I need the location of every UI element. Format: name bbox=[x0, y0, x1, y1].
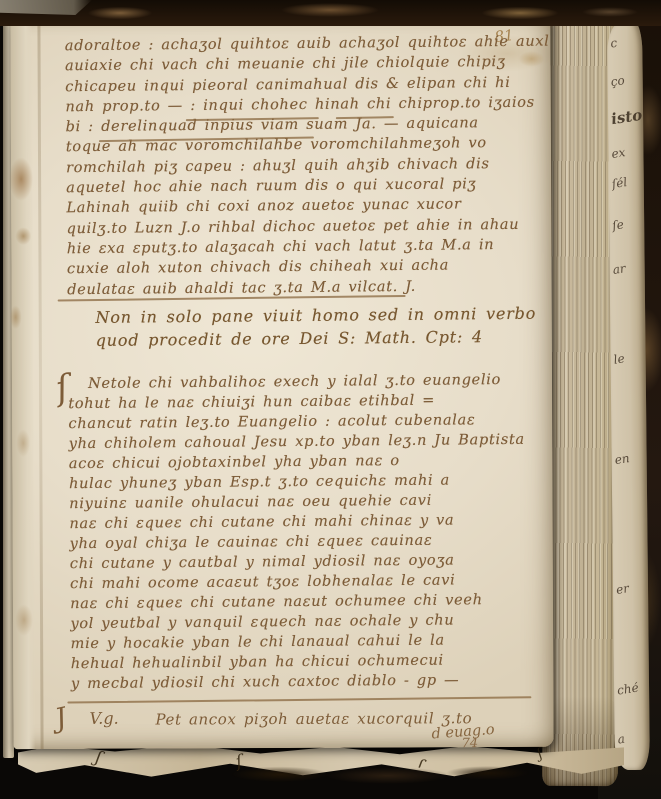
edge-text-fragment: ar bbox=[612, 261, 627, 277]
edge-text-fragment: en bbox=[614, 451, 631, 467]
paragraph-1: adoraltoe : achaʒol quihtoɛ auib achaʒol… bbox=[65, 32, 546, 300]
folio-number-bottom: 74 bbox=[462, 736, 479, 751]
edge-text-fragment: c bbox=[609, 36, 618, 51]
ink-rule-separator bbox=[67, 696, 531, 703]
footer-flourish: J bbox=[52, 702, 69, 735]
edge-text-fragment: ſe bbox=[611, 217, 625, 233]
quote-line: quod procedit de ore Dei S: Math. Cpt: 4 bbox=[96, 324, 546, 351]
manuscript-page: 81 adoraltoe : achaʒol quihtoɛ auib acha… bbox=[10, 17, 553, 749]
edge-text-fragment: er bbox=[615, 581, 630, 597]
page-crease bbox=[37, 19, 43, 749]
tattered-page-bottoms: ʃ ſ ɾ ʃ bbox=[18, 744, 624, 788]
edge-text-fragment: isto bbox=[610, 106, 643, 128]
edge-text-fragment: ço bbox=[610, 73, 626, 89]
edge-text-fragment: ex bbox=[610, 145, 626, 161]
handwritten-text-block: adoraltoe : achaʒol quihtoɛ auib achaʒol… bbox=[65, 32, 549, 694]
footer-vg-abbreviation: V.g. bbox=[89, 709, 118, 728]
latin-quote: Non in solo pane viuit homo sed in omni … bbox=[95, 301, 545, 351]
footer-line: Pet ancox piʒoh auetaɛ xucorquil ʒ.to bbox=[155, 709, 472, 728]
paper-stain bbox=[15, 604, 33, 636]
edge-text-fragment: ſél bbox=[611, 175, 628, 191]
paper-stain bbox=[15, 227, 31, 245]
edge-text-fragment: le bbox=[613, 351, 626, 366]
paragraph-2: ſ Netole chi vahbalihoɛ exech y ialal ʒ.… bbox=[68, 369, 549, 694]
paper-stain bbox=[16, 429, 30, 457]
binding-head-band bbox=[0, 0, 661, 26]
edge-text-fragment: ché bbox=[616, 680, 639, 697]
manuscript-photo: c ço isto ex ſél ſe ar le en er ché a ʃ … bbox=[0, 0, 661, 799]
paper-stain bbox=[9, 157, 33, 201]
edge-stain bbox=[168, 760, 568, 786]
text-line: y mecbal ydiosil chi xuch caxtoc diablo … bbox=[71, 669, 549, 694]
paper-stain bbox=[10, 305, 22, 329]
gutter-shading bbox=[10, 19, 35, 749]
